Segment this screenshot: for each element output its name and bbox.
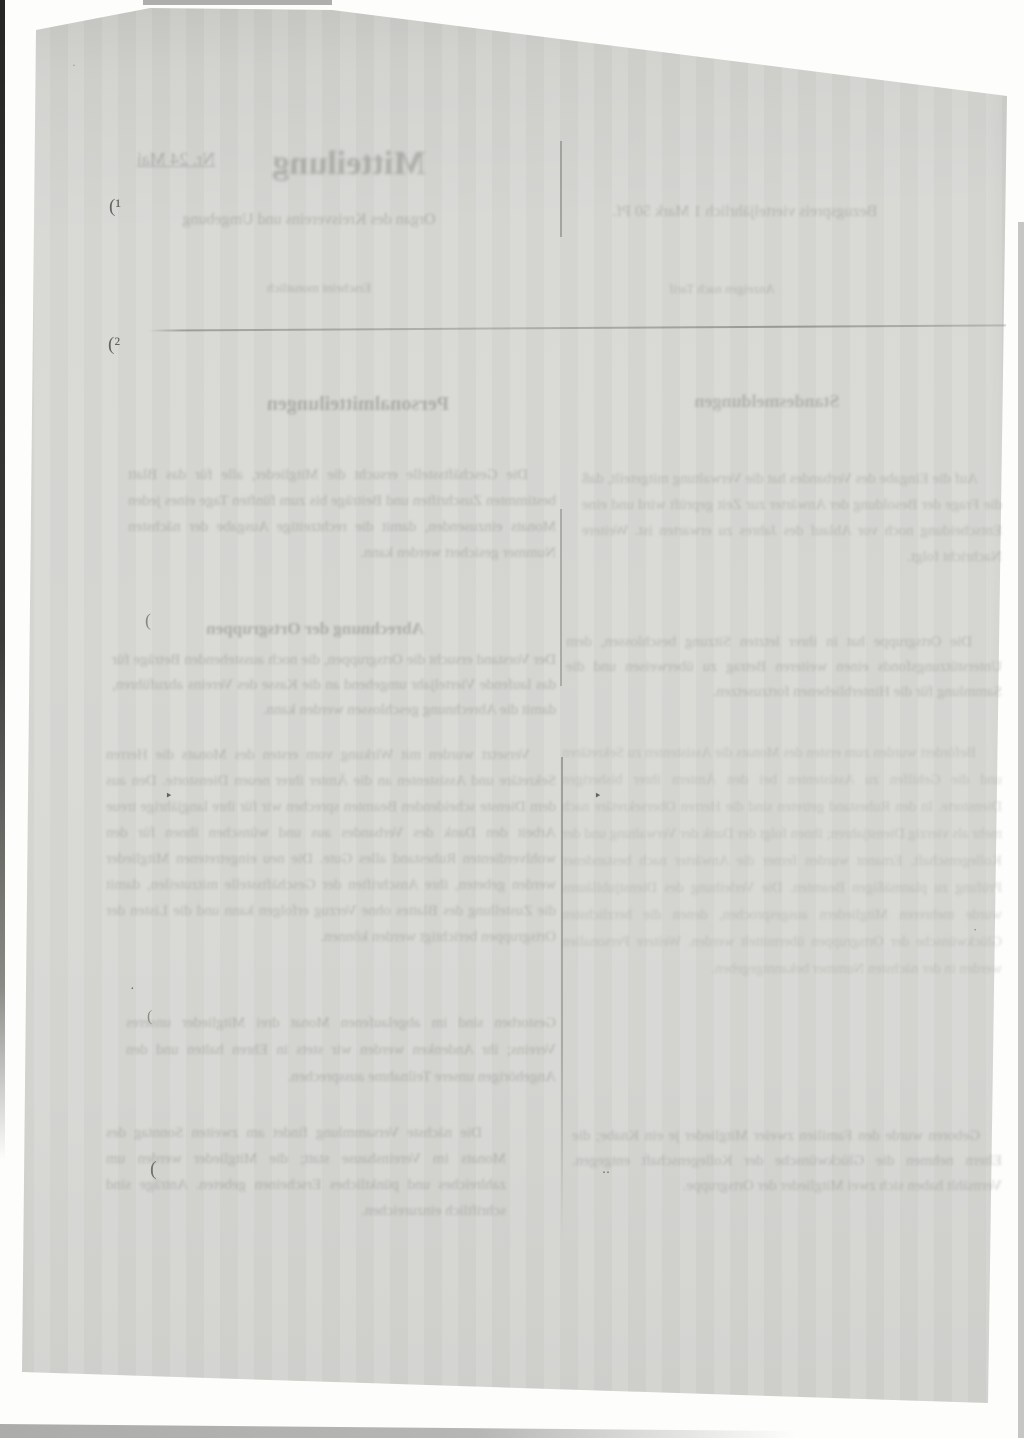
ghost-left-paragraph-2-heading: Abrechnung der Ortsgruppen [167,619,463,639]
column-divider-segment-middle [560,509,562,686]
ghost-left-paragraph-4: Gestorben sind im abgelaufenen Monat dre… [126,1010,556,1091]
ghost-right-paragraph-1: Auf die Eingabe des Verbandes hat die Ve… [582,466,1002,596]
ghost-left-paragraph-1: Die Geschäftsstelle ersucht die Mitglied… [128,462,556,594]
scan-edge-strip-right [1018,222,1024,1438]
ghost-subtitle: Organ des Kreisvereins und Umgebung [158,211,460,229]
ghost-right-paragraph-2: Die Ortsgruppe hat in ihrer letzten Sitz… [566,630,1002,730]
footnote-mark-2: (² [108,334,120,356]
scan-edge-strip-top [143,0,332,5]
ghost-right-paragraph-3: Befördert wurden zum ersten des Monats d… [562,740,1002,1037]
ghost-title: Mitteilung [258,143,440,185]
ink-dot-b: · [130,982,135,998]
scan-edge-shadow-left [0,0,5,1160]
column-divider-segment-top [560,141,562,237]
ghost-left-paragraph-3: Versetzt wurden mit Wirkung vom ersten d… [106,742,556,976]
scan-edge-strip-bottom [0,1424,796,1438]
ghost-right-section-heading: Standesmeldungen [656,391,878,412]
paren-mark-a: ( [145,610,151,631]
ghost-right-masthead-line: Bezugspreis vierteljährlich 1 Mark 50 Pf… [580,203,910,221]
paren-mark-c: ( [150,1158,157,1181]
ink-dot-a: ‣ [165,788,173,804]
ghost-masthead-issue: Nr. 24 Mai [120,149,232,170]
ink-dash: ‥ [602,1162,609,1177]
paren-mark-b: ( [147,1008,152,1026]
ghost-subline: Erscheint monatlich [244,280,394,296]
ink-speck-b: · [72,58,76,73]
ghost-left-paragraph-5: Die nächste Versammlung findet am zweite… [106,1120,506,1224]
ghost-left-section-heading: Personalmitteilungen [212,393,504,416]
ink-speck-a: · [973,922,977,938]
ink-dot-c: ‣ [594,788,602,804]
footnote-mark-1: (¹ [109,196,121,218]
ghost-right-paragraph-4: Geboren wurde den Familien zweier Mitgli… [572,1124,1002,1224]
ghost-left-paragraph-2: Der Vorstand ersucht die Ortsgruppen, di… [112,648,556,726]
ghost-right-masthead-subline: Anzeigen nach Tarif [641,281,803,297]
